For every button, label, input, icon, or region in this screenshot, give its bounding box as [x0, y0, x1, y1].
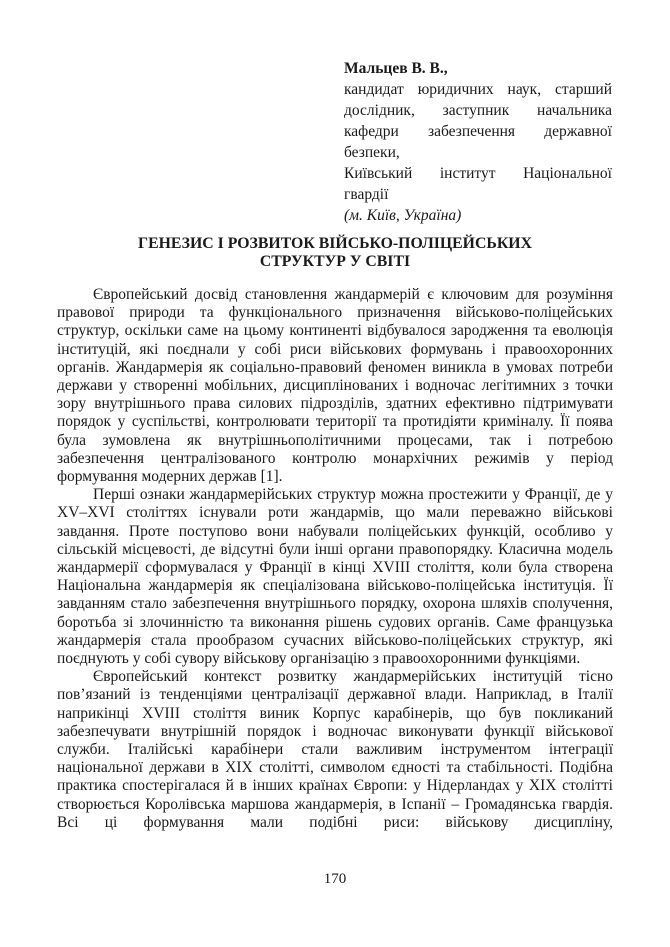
author-location: (м. Київ, Україна) [344, 205, 612, 226]
paragraph-3: Європейський контекст розвитку жандармер… [57, 668, 613, 832]
document-page: Мальцев В. В., кандидат юридичних наук, … [0, 0, 670, 947]
paragraph-1: Європейський досвід становлення жандарме… [57, 286, 613, 486]
paragraph-2: Перші ознаки жандармерійських структур м… [57, 486, 613, 668]
article-title-line-1: ГЕНЕЗИС І РОЗВИТОК ВІЙСЬКО-ПОЛІЦЕЙСЬКИХ [57, 235, 613, 253]
author-block: Мальцев В. В., кандидат юридичних наук, … [344, 58, 612, 226]
page-number: 170 [324, 871, 347, 887]
page-footer: 170 [0, 870, 670, 888]
article-title-line-2: СТРУКТУР У СВІТІ [57, 253, 613, 271]
article-body: Європейський досвід становлення жандарме… [57, 286, 613, 832]
author-credentials: кандидат юридичних наук, старший дослідн… [344, 79, 612, 163]
author-affiliation: Київський інститут Національної гвардії [344, 163, 612, 205]
author-name: Мальцев В. В., [344, 58, 612, 79]
article-title: ГЕНЕЗИС І РОЗВИТОК ВІЙСЬКО-ПОЛІЦЕЙСЬКИХ … [57, 235, 613, 270]
